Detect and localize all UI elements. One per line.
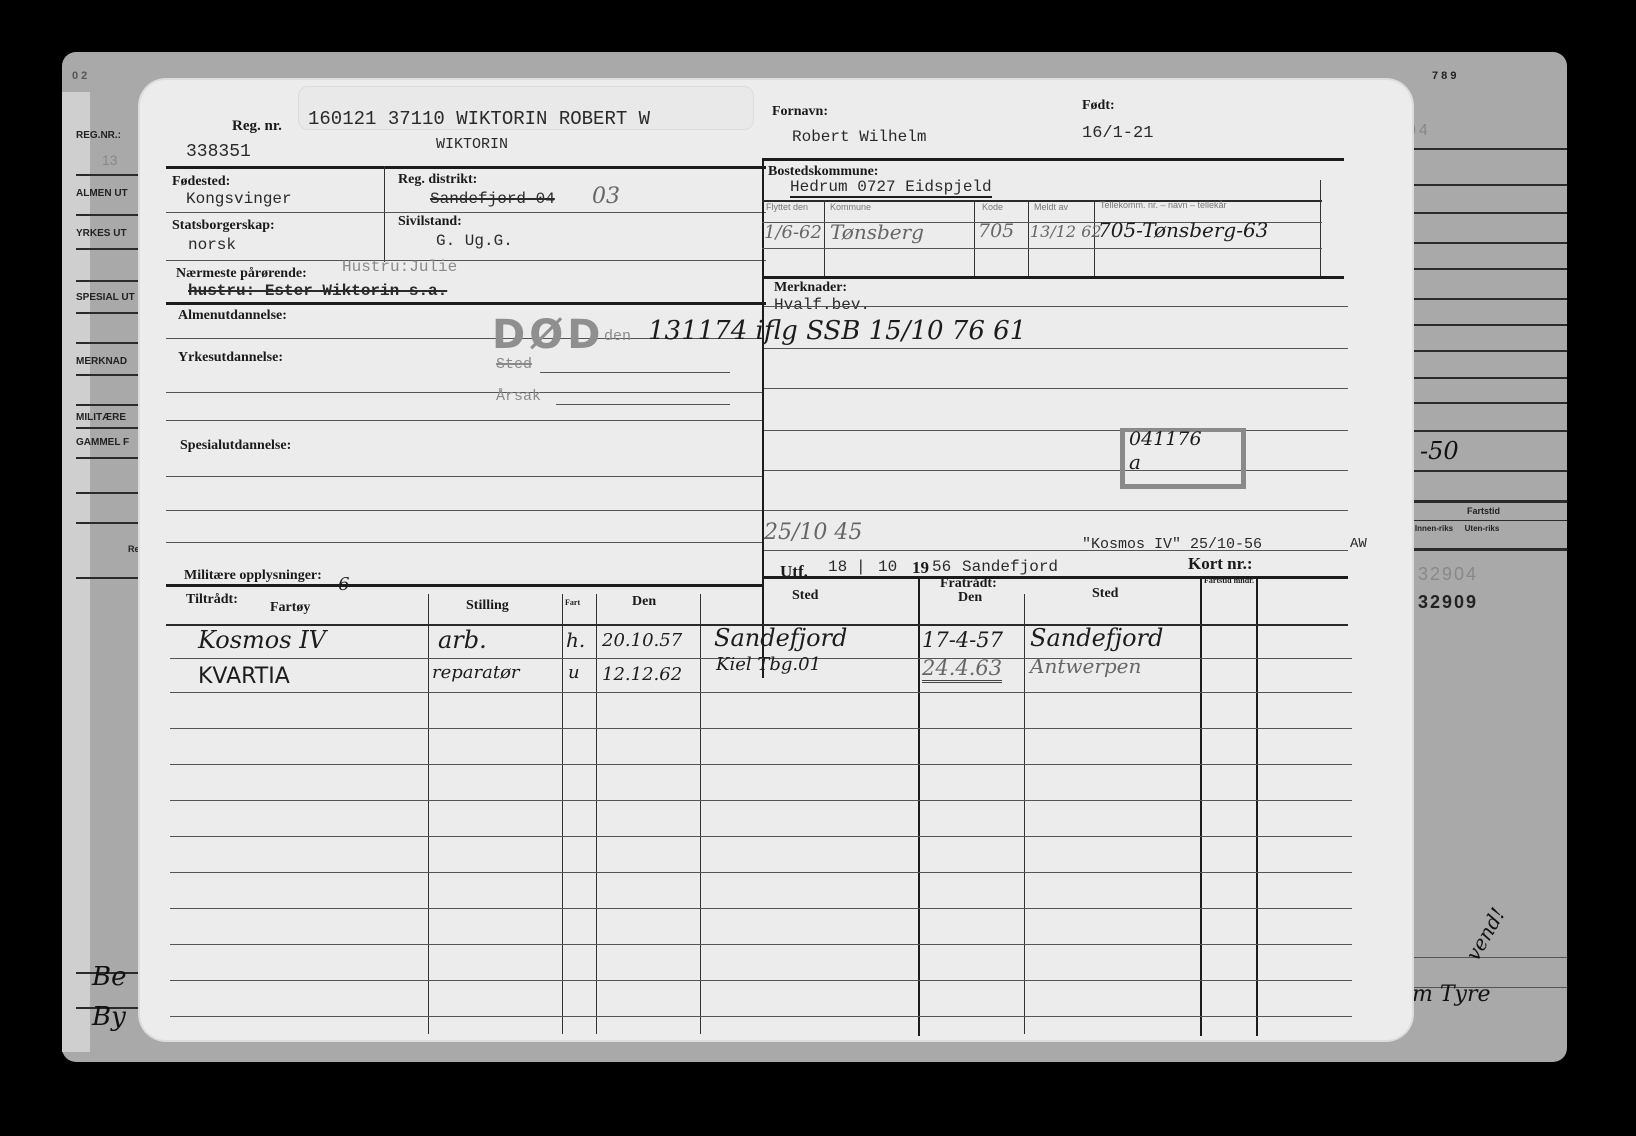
utf-day: 18 xyxy=(828,558,847,576)
fodested-label: Fødested: xyxy=(172,174,230,190)
fornavn-value: Robert Wilhelm xyxy=(792,128,926,146)
divider xyxy=(1407,324,1567,326)
death-sted-label: Sted xyxy=(496,356,532,373)
almenutdannelse-label: Almenutdannelse: xyxy=(178,308,287,324)
moves-header-tellekomm: Tellekomm. nr. – navn – tellekår xyxy=(1100,200,1227,210)
header-fartstid: Fartstid mndr. xyxy=(1204,576,1254,585)
bostedskommune-value: Hedrum 0727 Eidspjeld xyxy=(790,178,992,198)
tiltradt-label: Tiltrådt: xyxy=(186,592,238,608)
row1-fra-sted: Sandefjord xyxy=(1030,624,1163,652)
statsborgerskap-value: norsk xyxy=(188,236,236,254)
handwriting-vend: vend! xyxy=(1461,903,1510,964)
divider xyxy=(170,1016,1352,1017)
kort-nr-label: Kort nr.: xyxy=(1188,554,1253,574)
moves-cell-meldt: 13/12 62 xyxy=(1030,222,1102,241)
reg-distrikt-struck: Sandefjord 04 xyxy=(430,190,555,208)
moves-header-kode: Kode xyxy=(982,202,1003,212)
moves-cell-date: 1/6-62 xyxy=(764,222,822,243)
divider xyxy=(1407,520,1567,521)
header-fra-den: Den xyxy=(958,590,982,606)
handwriting-tyre: m Tyre xyxy=(1412,982,1491,1007)
sivilstand-label: Sivilstand: xyxy=(398,214,462,230)
header-fartoy: Fartøy xyxy=(270,600,310,616)
divider xyxy=(762,576,1348,579)
divider xyxy=(1407,430,1567,432)
divider xyxy=(170,944,1352,945)
header-sted: Sted xyxy=(792,588,818,604)
label-fartstid: Fartstid xyxy=(1467,506,1500,516)
divider xyxy=(170,800,1352,801)
divider xyxy=(170,872,1352,873)
tab-merknad: MERKNAD xyxy=(76,356,127,367)
col-divider xyxy=(1024,594,1025,1034)
divider xyxy=(1407,377,1567,379)
divider xyxy=(166,392,762,393)
divider xyxy=(166,476,762,477)
divider xyxy=(764,388,1348,389)
divider xyxy=(170,764,1352,765)
col-divider xyxy=(428,594,429,1034)
divider xyxy=(762,276,1344,279)
box-stamp-initial: a xyxy=(1129,450,1141,474)
divider xyxy=(762,158,1344,161)
col-divider xyxy=(700,594,701,1034)
row2-fart: u xyxy=(568,662,580,683)
naermeste-value: Hustru:Julie xyxy=(342,258,457,276)
divider xyxy=(1407,212,1567,214)
ruler-left: 0 2 xyxy=(72,70,87,82)
label-innenriks: Innen-riks xyxy=(1414,524,1454,533)
handwriting-left-2: By xyxy=(92,1002,126,1032)
surname: WIKTORIN xyxy=(436,136,508,153)
header-den: Den xyxy=(632,594,656,610)
divider xyxy=(1407,298,1567,300)
death-sted-line xyxy=(540,372,730,373)
reg-number: 338351 xyxy=(186,142,251,162)
death-stamp: DØD xyxy=(492,312,604,358)
col-divider xyxy=(1200,576,1202,1036)
moves-cell-kommune: Tønsberg xyxy=(830,220,924,244)
divider xyxy=(764,306,1348,307)
death-den-label: den xyxy=(604,328,631,345)
utf-label: Utf. xyxy=(780,562,808,582)
row2-fra-sted: Antwerpen xyxy=(1030,654,1141,678)
moves-cell-kode: 705 xyxy=(978,220,1014,242)
militaere-label: Militære opplysninger: xyxy=(184,568,322,584)
divider xyxy=(166,260,766,261)
utf-month: 10 xyxy=(878,558,897,576)
handwritten-date: 25/10 45 xyxy=(764,520,862,545)
date-box-stamp: 041176 a xyxy=(1120,428,1246,489)
moves-header-meldt: Meldt av xyxy=(1034,202,1068,212)
divider xyxy=(166,302,766,305)
reg-nr-label: Reg. nr. xyxy=(232,118,282,135)
divider xyxy=(764,430,1348,431)
utf-sep: | xyxy=(856,558,866,576)
reg-distrikt-new: 03 xyxy=(592,184,620,209)
row2-den: 12.12.62 xyxy=(602,664,682,685)
divider xyxy=(1407,548,1567,551)
divider xyxy=(1407,268,1567,270)
divider xyxy=(170,836,1352,837)
box-stamp-date: 041176 xyxy=(1129,428,1202,450)
tab-spesial: SPESIAL UT xyxy=(76,292,135,303)
tab-gammel: GAMMEL F xyxy=(76,437,129,448)
row1-fart: h. xyxy=(566,628,585,652)
card-number: 32909 xyxy=(1418,592,1478,613)
spesialutdannelse-label: Spesialutdannelse: xyxy=(180,438,291,454)
aw-initials: AW xyxy=(1350,536,1367,552)
handwriting-right-1: -50 xyxy=(1420,437,1459,465)
statsborgerskap-label: Statsborgerskap: xyxy=(172,218,275,234)
tab-almen: ALMEN UT xyxy=(76,188,128,199)
ruler-right: 7 8 9 xyxy=(1432,70,1456,82)
divider xyxy=(762,248,1322,249)
death-date: 131174 iflg SSB 15/10 76 61 xyxy=(648,316,1026,346)
tab-reg-nr: REG.NR.: xyxy=(76,130,121,141)
divider xyxy=(170,728,1352,729)
divider xyxy=(974,200,975,276)
divider xyxy=(824,200,825,276)
divider xyxy=(1028,200,1029,276)
label-utenriks: Uten-riks xyxy=(1462,524,1502,533)
row2-sted: Kiel Tbg.01 xyxy=(716,654,821,675)
fornavn-label: Fornavn: xyxy=(772,104,828,120)
handwriting-left-1: Be xyxy=(92,962,127,992)
divider xyxy=(1407,350,1567,352)
divider xyxy=(166,420,762,421)
utf-year: 56 xyxy=(932,558,951,576)
reg-distrikt-label: Reg. distrikt: xyxy=(398,172,477,188)
row1-fra-den: 17-4-57 xyxy=(922,628,1003,652)
row1-fartoy: Kosmos IV xyxy=(198,626,326,654)
row2-fra-den: 24.4.63 xyxy=(922,656,1002,683)
death-arsak-line xyxy=(556,404,730,405)
fodt-label: Født: xyxy=(1082,98,1115,114)
registration-card: Reg. nr. 160121 37110 WIKTORIN ROBERT W … xyxy=(140,80,1412,1040)
col-divider xyxy=(918,576,920,1036)
row2-fartoy: KVARTIA xyxy=(198,664,290,689)
tab-militaere: MILITÆRE xyxy=(76,412,126,423)
naermeste-struck: hustru: Ester Wiktorin s.a. xyxy=(188,282,447,300)
utf-place: Sandefjord xyxy=(962,558,1058,576)
divider xyxy=(170,908,1352,909)
col-divider xyxy=(562,594,563,1034)
divider xyxy=(166,542,762,543)
moves-header-flyttet: Flyttet den xyxy=(766,202,808,212)
faint-number: 13 xyxy=(102,152,118,168)
row2-stilling: reparatør xyxy=(432,662,520,683)
divider xyxy=(1407,957,1567,958)
divider xyxy=(1407,184,1567,186)
tab-yrkes: YRKES UT xyxy=(76,228,127,239)
naermeste-label: Nærmeste pårørende: xyxy=(176,266,307,282)
row1-stilling: arb. xyxy=(438,626,487,654)
col-divider xyxy=(596,594,597,1034)
fodested-value: Kongsvinger xyxy=(186,190,292,208)
divider xyxy=(764,510,1348,511)
divider xyxy=(1320,180,1321,276)
death-arsak-label: Årsak xyxy=(496,388,541,405)
divider xyxy=(166,510,762,511)
row1-sted: Sandefjord xyxy=(714,624,847,652)
divider xyxy=(166,166,766,169)
moves-cell-tellekomm: 705-Tønsberg-63 xyxy=(1098,218,1268,242)
divider xyxy=(1407,500,1567,503)
divider xyxy=(170,692,1352,693)
divider xyxy=(1407,470,1567,472)
divider xyxy=(384,166,385,262)
divider xyxy=(166,584,762,587)
header-fra-sted: Sted xyxy=(1092,586,1118,602)
moves-header-kommune: Kommune xyxy=(830,202,871,212)
divider xyxy=(764,348,1348,349)
merknader-label: Merknader: xyxy=(774,280,847,296)
header-stilling: Stilling xyxy=(466,598,509,614)
col-divider xyxy=(1256,576,1258,1036)
faint-card-number: 32904 xyxy=(1418,564,1478,585)
divider xyxy=(170,980,1352,981)
divider xyxy=(1407,148,1567,150)
divider xyxy=(764,470,1348,471)
divider xyxy=(1407,402,1567,404)
yrkesutdannelse-label: Yrkesutdannelse: xyxy=(178,350,283,366)
sivilstand-value: G. Ug.G. xyxy=(436,232,513,250)
header-fart: Fart xyxy=(565,598,580,607)
utf-century: 19 xyxy=(912,558,929,578)
reg-code: 160121 37110 WIKTORIN ROBERT W xyxy=(308,108,650,130)
kosmos-note: "Kosmos IV" 25/10-56 xyxy=(1082,536,1262,553)
divider xyxy=(166,212,766,213)
divider xyxy=(1407,242,1567,244)
row1-den: 20.10.57 xyxy=(602,630,682,651)
merknader-value: Hvalf.bev. xyxy=(774,296,870,314)
fodt-value: 16/1-21 xyxy=(1082,124,1153,143)
